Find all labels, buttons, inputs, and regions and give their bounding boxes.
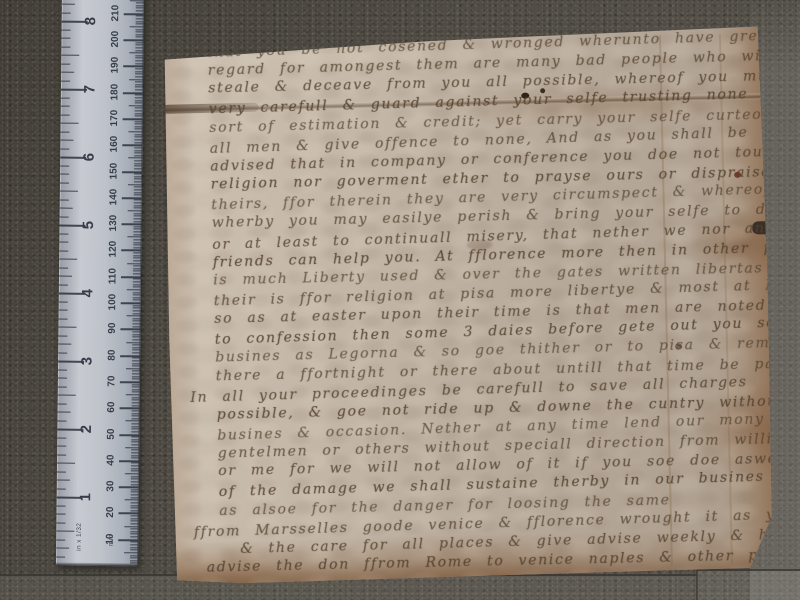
table-surface-bottom-right-tile xyxy=(697,571,800,600)
inch-tick xyxy=(57,471,66,472)
mm-tick xyxy=(133,239,141,240)
ruler-scales: 1234567810203040506070809010011012013014… xyxy=(56,0,144,566)
mm-tick xyxy=(133,255,141,256)
mm-tick xyxy=(134,179,142,180)
mm-tick xyxy=(136,18,144,19)
mm-tick xyxy=(135,89,143,90)
mm-number-190: 190 xyxy=(110,57,121,74)
mm-tick xyxy=(135,45,143,46)
mm-tick xyxy=(132,371,140,372)
mm-tick xyxy=(132,387,140,388)
mm-tick xyxy=(133,308,141,309)
mm-tick xyxy=(132,373,140,374)
mm-tick xyxy=(134,173,142,174)
mm-tick xyxy=(129,79,143,80)
mm-tick xyxy=(134,216,142,217)
mm-tick xyxy=(131,505,139,506)
mm-tick xyxy=(131,423,139,424)
mm-tick xyxy=(130,550,138,551)
mm-tick xyxy=(134,205,142,206)
mm-tick xyxy=(134,163,142,164)
mm-tick xyxy=(127,289,141,290)
mm-tick xyxy=(132,360,140,361)
mm-tick xyxy=(132,323,140,324)
inch-tick xyxy=(61,123,79,124)
mm-tick xyxy=(120,407,140,409)
mm-tick xyxy=(133,258,141,259)
mm-tick xyxy=(134,218,142,219)
mm-tick xyxy=(122,144,142,146)
mm-tick xyxy=(130,555,138,556)
inch-tick xyxy=(62,29,71,30)
mm-tick xyxy=(133,242,141,243)
mm-tick xyxy=(132,347,140,348)
mm-tick xyxy=(131,431,139,432)
mm-tick xyxy=(136,29,144,30)
mm-tick xyxy=(133,252,141,253)
inch-number-2: 2 xyxy=(78,424,95,433)
mm-tick xyxy=(132,326,140,327)
mm-number-30: 30 xyxy=(105,481,116,492)
inch-tick xyxy=(59,301,68,302)
mm-tick xyxy=(136,24,144,25)
inch-tick xyxy=(61,106,70,107)
mm-tick xyxy=(135,126,143,127)
inch-tick xyxy=(57,420,66,421)
manuscript-page: that you be not cosened & wronged wherun… xyxy=(162,25,774,584)
mm-tick xyxy=(133,321,141,322)
mm-tick xyxy=(124,526,138,527)
mm-tick xyxy=(118,513,138,515)
mm-tick xyxy=(125,500,139,501)
mm-tick xyxy=(135,68,143,69)
mm-tick xyxy=(130,557,138,558)
mm-tick xyxy=(135,102,143,103)
ruler-scale-label-inches: in x 1/32 xyxy=(76,523,83,551)
inch-tick xyxy=(61,46,70,47)
manuscript-text: that you be not cosened & wronged wherun… xyxy=(161,24,775,586)
mm-tick xyxy=(135,50,143,51)
mm-tick xyxy=(134,176,142,177)
mm-tick xyxy=(136,34,144,35)
inch-number-7: 7 xyxy=(81,84,98,93)
mm-number-110: 110 xyxy=(107,268,118,284)
inch-tick xyxy=(58,386,67,387)
inch-tick xyxy=(59,259,77,260)
mm-tick xyxy=(133,310,141,311)
mm-tick xyxy=(119,486,139,488)
mm-tick xyxy=(135,100,143,101)
ruler-scale-label-mm: mm xyxy=(108,534,115,546)
mm-tick xyxy=(136,31,144,32)
mm-tick xyxy=(131,476,139,477)
inch-number-1: 1 xyxy=(77,492,94,501)
inch-tick xyxy=(57,463,75,464)
mm-tick xyxy=(135,55,143,56)
mm-tick xyxy=(132,405,140,406)
mm-tick xyxy=(135,37,143,38)
mm-tick xyxy=(134,166,142,167)
mm-tick xyxy=(132,389,140,390)
mm-tick xyxy=(131,429,139,430)
mm-tick xyxy=(136,16,144,17)
mm-tick xyxy=(133,273,141,274)
mm-tick xyxy=(134,142,142,143)
mm-tick xyxy=(134,221,142,222)
mm-tick xyxy=(132,415,140,416)
inch-tick xyxy=(58,327,76,328)
mm-tick xyxy=(134,137,142,138)
inch-tick xyxy=(56,522,65,523)
inch-tick xyxy=(59,242,68,243)
inch-tick xyxy=(56,539,65,540)
mm-tick xyxy=(132,352,140,353)
mm-tick xyxy=(122,171,142,173)
mm-tick xyxy=(131,436,139,437)
mm-tick xyxy=(133,229,141,230)
mm-tick xyxy=(136,10,144,11)
mm-tick xyxy=(133,234,141,235)
inch-tick xyxy=(60,191,78,192)
mm-tick xyxy=(131,471,139,472)
inch-tick xyxy=(61,63,70,64)
mm-tick xyxy=(135,42,143,43)
mm-tick xyxy=(131,510,139,511)
mm-tick xyxy=(130,531,138,532)
mm-tick xyxy=(124,552,138,553)
inch-tick xyxy=(60,174,69,175)
inch-tick xyxy=(61,80,70,81)
mm-tick xyxy=(132,358,140,359)
inch-tick xyxy=(62,4,75,5)
mm-tick xyxy=(133,300,141,301)
mm-tick xyxy=(133,297,141,298)
mm-tick xyxy=(136,3,144,4)
mm-number-80: 80 xyxy=(107,349,118,360)
mm-tick xyxy=(134,139,142,140)
mm-number-150: 150 xyxy=(109,162,120,179)
mm-tick xyxy=(121,250,141,252)
mm-tick xyxy=(130,518,138,519)
mm-tick xyxy=(135,74,143,75)
inch-tick xyxy=(58,412,71,413)
inch-tick xyxy=(58,369,67,370)
mm-tick xyxy=(131,489,139,490)
mm-tick xyxy=(131,458,139,459)
inch-tick xyxy=(60,148,69,149)
mm-tick xyxy=(121,276,141,278)
mm-tick xyxy=(133,231,141,232)
mm-tick xyxy=(127,263,141,264)
mm-tick xyxy=(135,47,143,48)
mm-tick xyxy=(125,447,139,448)
mm-tick xyxy=(132,339,140,340)
mm-tick xyxy=(125,473,139,474)
mm-number-20: 20 xyxy=(105,507,116,518)
mm-tick xyxy=(131,502,139,503)
mm-tick xyxy=(134,168,142,169)
mm-tick xyxy=(126,342,140,343)
mm-number-50: 50 xyxy=(106,428,117,439)
mm-tick xyxy=(133,287,141,288)
mm-tick xyxy=(132,413,140,414)
inch-tick xyxy=(58,395,76,396)
mm-tick xyxy=(121,302,141,304)
mm-tick xyxy=(132,402,140,403)
mm-tick xyxy=(131,450,139,451)
inch-tick xyxy=(57,446,66,447)
mm-tick xyxy=(123,39,143,41)
mm-tick xyxy=(134,147,142,148)
mm-tick xyxy=(135,58,143,59)
mm-tick xyxy=(135,113,143,114)
mm-tick xyxy=(133,279,141,280)
inch-tick xyxy=(57,437,66,438)
mm-tick xyxy=(122,223,142,225)
mm-tick xyxy=(131,492,139,493)
mm-tick xyxy=(133,266,141,267)
mm-tick xyxy=(131,497,139,498)
mm-tick xyxy=(136,21,144,22)
mm-tick xyxy=(134,134,142,135)
mm-tick xyxy=(119,434,139,436)
mm-number-120: 120 xyxy=(108,241,119,258)
inch-tick xyxy=(61,114,70,115)
inch-tick xyxy=(60,131,69,132)
mm-tick xyxy=(132,400,140,401)
inch-tick xyxy=(59,276,72,277)
mm-tick xyxy=(135,124,143,125)
mm-tick xyxy=(133,268,141,269)
mm-tick xyxy=(131,418,139,419)
mm-tick xyxy=(131,426,139,427)
mm-number-170: 170 xyxy=(109,110,120,127)
mm-tick xyxy=(132,337,140,338)
mm-tick xyxy=(132,410,140,411)
mm-tick xyxy=(120,381,140,383)
mm-tick xyxy=(132,379,140,380)
inch-tick xyxy=(57,505,66,506)
inch-tick xyxy=(60,216,69,217)
mm-tick xyxy=(132,397,140,398)
mm-tick xyxy=(132,376,140,377)
mm-number-100: 100 xyxy=(107,294,118,311)
mm-tick xyxy=(130,26,144,27)
mm-tick xyxy=(135,116,143,117)
inch-tick xyxy=(60,140,73,141)
mm-tick xyxy=(136,5,144,6)
mm-tick xyxy=(131,484,139,485)
mm-tick xyxy=(123,118,143,120)
mm-tick xyxy=(131,463,139,464)
inch-tick xyxy=(59,310,68,311)
mm-tick xyxy=(135,87,143,88)
mm-tick xyxy=(131,507,139,508)
inch-number-6: 6 xyxy=(81,152,98,161)
mm-tick xyxy=(134,160,142,161)
mm-tick xyxy=(131,452,139,453)
mm-tick xyxy=(125,421,139,422)
mm-tick xyxy=(132,331,140,332)
mm-tick xyxy=(132,384,140,385)
mm-tick xyxy=(130,544,138,545)
mm-tick xyxy=(132,365,140,366)
mm-tick xyxy=(130,523,138,524)
mm-tick xyxy=(128,131,142,132)
mm-tick xyxy=(128,184,142,185)
mm-tick xyxy=(130,0,144,1)
mm-tick xyxy=(130,563,138,564)
mm-tick xyxy=(135,76,143,77)
inch-tick xyxy=(56,556,65,557)
mm-tick xyxy=(118,539,138,541)
mm-tick xyxy=(135,84,143,85)
mm-tick xyxy=(130,529,138,530)
inch-tick xyxy=(60,199,69,200)
mm-tick xyxy=(123,92,143,94)
mm-tick xyxy=(119,460,139,462)
inch-tick xyxy=(58,335,67,336)
inch-tick xyxy=(61,72,74,73)
mm-tick xyxy=(132,392,140,393)
mm-tick xyxy=(133,305,141,306)
mm-tick xyxy=(134,187,142,188)
inch-tick xyxy=(60,208,73,209)
mm-tick xyxy=(135,95,143,96)
mm-tick xyxy=(135,71,143,72)
inch-tick xyxy=(58,352,67,353)
mm-tick xyxy=(129,105,143,106)
mm-tick xyxy=(134,208,142,209)
inch-tick xyxy=(56,514,65,515)
mm-tick xyxy=(134,202,142,203)
inch-number-3: 3 xyxy=(79,356,96,365)
mm-tick xyxy=(134,213,142,214)
inch-tick xyxy=(58,403,67,404)
mm-tick xyxy=(134,195,142,196)
mm-number-40: 40 xyxy=(106,454,117,465)
mm-tick xyxy=(133,247,141,248)
mm-tick xyxy=(126,394,140,395)
inch-number-4: 4 xyxy=(79,288,96,297)
mm-tick xyxy=(135,81,143,82)
inch-tick xyxy=(60,165,69,166)
mm-tick xyxy=(134,152,142,153)
mm-tick xyxy=(131,444,139,445)
mm-tick xyxy=(123,66,143,68)
mm-number-180: 180 xyxy=(109,83,120,100)
carpet-seam-vertical xyxy=(696,569,698,600)
mm-tick xyxy=(135,110,143,111)
mm-tick xyxy=(127,237,141,238)
inch-tick xyxy=(61,97,70,98)
inch-tick xyxy=(60,182,69,183)
mm-tick xyxy=(131,494,139,495)
mm-number-60: 60 xyxy=(106,402,117,413)
mm-tick xyxy=(133,292,141,293)
mm-tick xyxy=(122,197,142,199)
mm-tick xyxy=(130,521,138,522)
mm-tick xyxy=(124,13,144,15)
mm-tick xyxy=(136,8,144,9)
mm-tick xyxy=(130,534,138,535)
mm-number-70: 70 xyxy=(106,375,117,386)
inch-tick xyxy=(57,480,70,481)
inch-tick xyxy=(58,378,67,379)
mm-tick xyxy=(131,481,139,482)
mm-tick xyxy=(133,284,141,285)
mm-tick xyxy=(131,465,139,466)
ruler: 1234567810203040506070809010011012013014… xyxy=(56,0,144,566)
photo-of-manuscript: 1234567810203040506070809010011012013014… xyxy=(0,0,800,600)
mm-tick xyxy=(132,363,140,364)
mm-tick xyxy=(133,318,141,319)
mm-tick xyxy=(133,281,141,282)
inch-tick xyxy=(59,233,68,234)
mm-tick xyxy=(130,547,138,548)
mm-tick xyxy=(134,189,142,190)
inch-tick xyxy=(57,454,66,455)
inch-tick xyxy=(57,488,66,489)
mm-tick xyxy=(130,515,138,516)
mm-tick xyxy=(133,294,141,295)
inch-tick xyxy=(62,12,71,13)
inch-tick xyxy=(58,344,71,345)
mm-tick xyxy=(131,455,139,456)
mm-tick xyxy=(133,226,141,227)
inch-tick xyxy=(61,55,79,56)
inch-tick xyxy=(59,284,68,285)
inch-tick xyxy=(56,548,69,549)
mm-tick xyxy=(126,368,140,369)
inch-tick xyxy=(61,38,70,39)
inch-number-5: 5 xyxy=(80,220,97,229)
mm-tick xyxy=(131,479,139,480)
mm-tick xyxy=(132,344,140,345)
mm-tick xyxy=(135,63,143,64)
mm-tick xyxy=(133,244,141,245)
inch-number-8: 8 xyxy=(82,16,99,25)
mm-tick xyxy=(132,334,140,335)
mm-tick xyxy=(135,60,143,61)
mm-tick xyxy=(131,468,139,469)
mm-number-140: 140 xyxy=(108,189,119,206)
mm-tick xyxy=(120,328,140,330)
mm-tick xyxy=(135,121,143,122)
mm-number-130: 130 xyxy=(108,215,119,232)
mm-tick xyxy=(130,560,138,561)
mm-tick xyxy=(131,442,139,443)
mm-tick xyxy=(134,192,142,193)
mm-tick xyxy=(130,542,138,543)
mm-tick xyxy=(127,315,141,316)
mm-tick xyxy=(133,271,141,272)
mm-number-160: 160 xyxy=(109,136,120,153)
mm-tick xyxy=(134,181,142,182)
mm-tick xyxy=(128,158,142,159)
mm-tick xyxy=(135,97,143,98)
inch-tick xyxy=(59,318,68,319)
mm-tick xyxy=(130,536,138,537)
inch-tick xyxy=(59,250,68,251)
mm-tick xyxy=(133,260,141,261)
mm-tick xyxy=(129,52,143,53)
inch-tick xyxy=(59,267,68,268)
mm-tick xyxy=(135,129,143,130)
mm-tick xyxy=(135,108,143,109)
mm-tick xyxy=(132,350,140,351)
mm-number-90: 90 xyxy=(107,323,118,334)
